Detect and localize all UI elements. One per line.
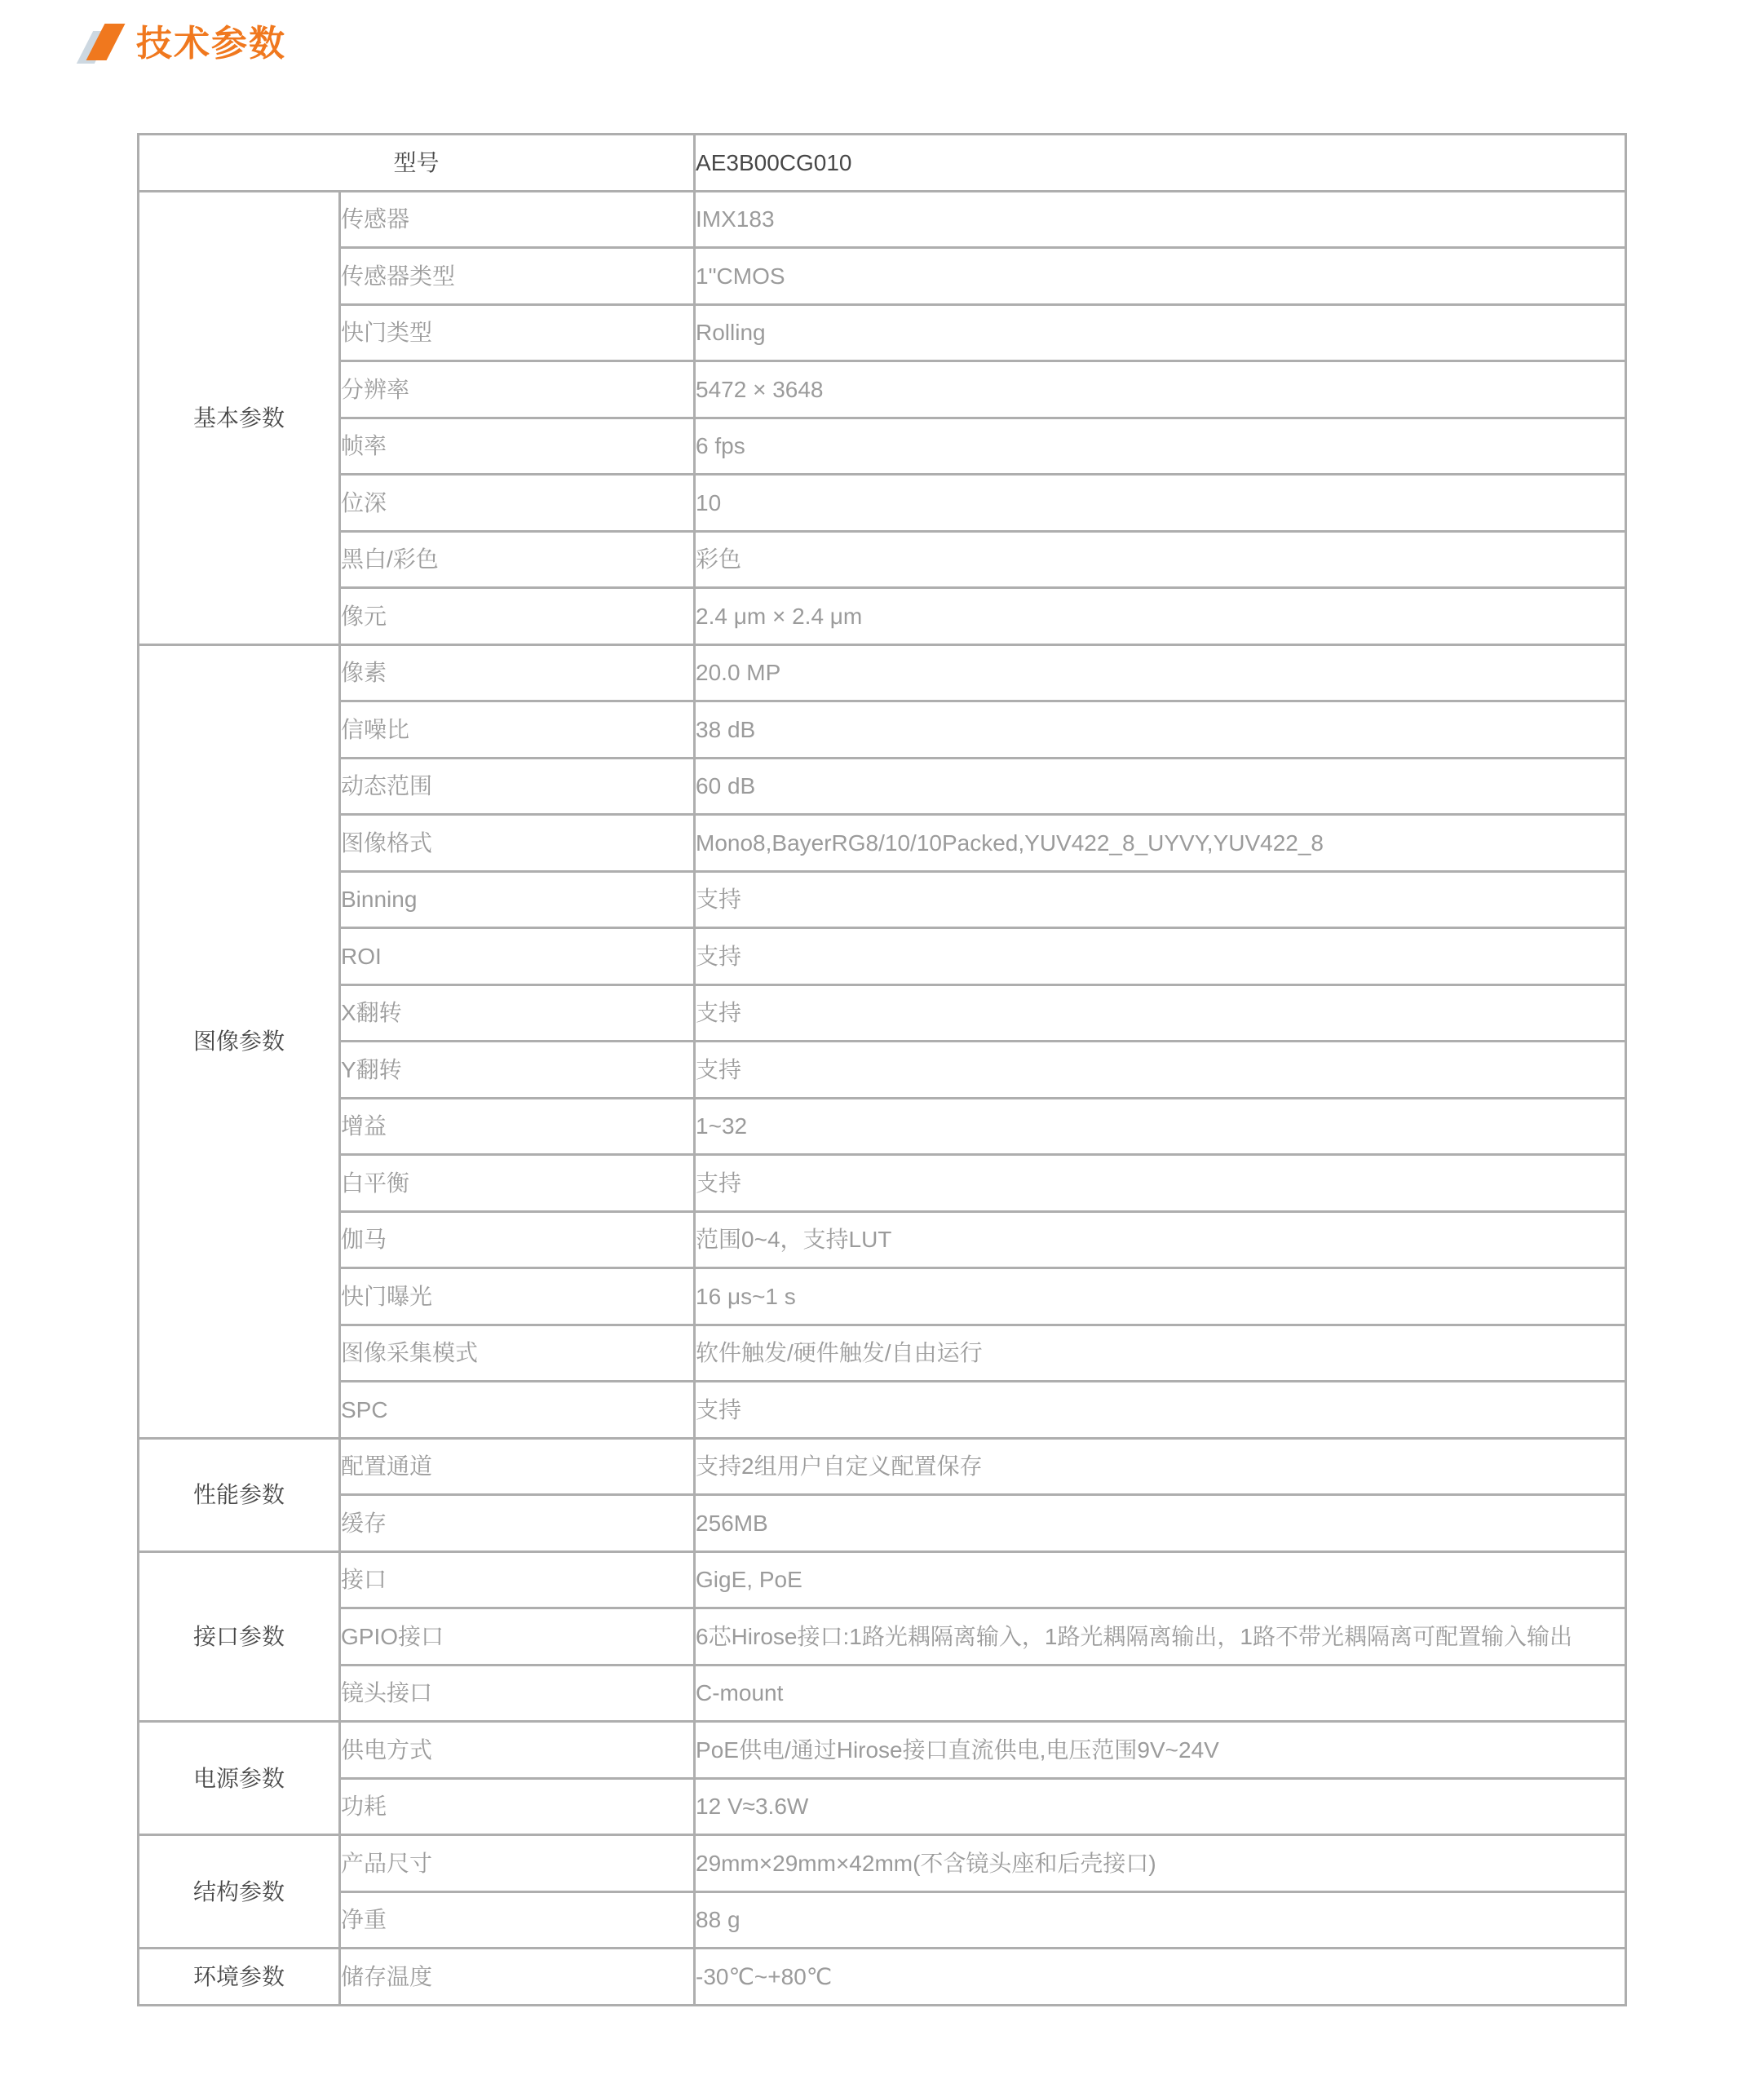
category-cell: 基本参数: [139, 191, 340, 644]
param-value-cell: 支持: [695, 1382, 1626, 1439]
param-label-cell: 分辨率: [340, 361, 695, 418]
table-row: 动态范围60 dB: [139, 758, 1626, 815]
table-row: GPIO接口6芯Hirose接口:1路光耦隔离输入，1路光耦隔离输出，1路不带光…: [139, 1608, 1626, 1666]
category-cell: 图像参数: [139, 644, 340, 1438]
param-value-cell: 20.0 MP: [695, 644, 1626, 701]
param-value-cell: 12 V≈3.6W: [695, 1778, 1626, 1835]
table-row: 图像参数像素20.0 MP: [139, 644, 1626, 701]
param-label-cell: 位深: [340, 475, 695, 532]
table-row: 净重88 g: [139, 1891, 1626, 1949]
table-row: 位深10: [139, 475, 1626, 532]
table-row: 图像格式Mono8,BayerRG8/10/10Packed,YUV422_8_…: [139, 815, 1626, 872]
table-row: 环境参数储存温度-30℃~+80℃: [139, 1949, 1626, 2006]
param-value-cell: 支持: [695, 928, 1626, 985]
param-label-cell: 净重: [340, 1891, 695, 1949]
table-row: X翻转支持: [139, 984, 1626, 1042]
param-value-cell: 彩色: [695, 531, 1626, 588]
table-row: 性能参数配置通道支持2组用户自定义配置保存: [139, 1438, 1626, 1495]
param-value-cell: Mono8,BayerRG8/10/10Packed,YUV422_8_UYVY…: [695, 815, 1626, 872]
param-label-cell: 白平衡: [340, 1155, 695, 1212]
param-value-cell: 范围0~4，支持LUT: [695, 1211, 1626, 1268]
table-row: 帧率6 fps: [139, 418, 1626, 475]
param-value-cell: 1~32: [695, 1098, 1626, 1155]
param-label-cell: 黑白/彩色: [340, 531, 695, 588]
category-cell: 环境参数: [139, 1949, 340, 2006]
param-value-cell: 1"CMOS: [695, 248, 1626, 305]
param-label-cell: 图像格式: [340, 815, 695, 872]
table-row: 增益1~32: [139, 1098, 1626, 1155]
param-value-cell: 16 μs~1 s: [695, 1268, 1626, 1325]
param-label-cell: 供电方式: [340, 1722, 695, 1779]
spec-table-body: 型号AE3B00CG010基本参数传感器IMX183传感器类型1"CMOS快门类…: [139, 135, 1626, 2006]
param-label-cell: 功耗: [340, 1778, 695, 1835]
param-label-cell: 图像采集模式: [340, 1325, 695, 1382]
table-row: 黑白/彩色彩色: [139, 531, 1626, 588]
category-cell: 结构参数: [139, 1835, 340, 1949]
param-value-cell: 29mm×29mm×42mm(不含镜头座和后壳接口): [695, 1835, 1626, 1892]
table-row: 白平衡支持: [139, 1155, 1626, 1212]
param-label-cell: 镜头接口: [340, 1665, 695, 1722]
table-row: 基本参数传感器IMX183: [139, 191, 1626, 248]
table-row: 功耗12 V≈3.6W: [139, 1778, 1626, 1835]
param-label-cell: 产品尺寸: [340, 1835, 695, 1892]
param-label-cell: 伽马: [340, 1211, 695, 1268]
param-label-cell: X翻转: [340, 984, 695, 1042]
param-value-cell: 6芯Hirose接口:1路光耦隔离输入，1路光耦隔离输出，1路不带光耦隔离可配置…: [695, 1608, 1626, 1666]
param-label-cell: GPIO接口: [340, 1608, 695, 1666]
table-row: 电源参数供电方式PoE供电/通过Hirose接口直流供电,电压范围9V~24V: [139, 1722, 1626, 1779]
param-label-cell: Y翻转: [340, 1042, 695, 1099]
table-row: SPC支持: [139, 1382, 1626, 1439]
table-row: 信噪比38 dB: [139, 701, 1626, 759]
page-title: 技术参数: [136, 21, 286, 67]
table-row: Binning支持: [139, 871, 1626, 928]
param-value-cell: C-mount: [695, 1665, 1626, 1722]
param-label-cell: Binning: [340, 871, 695, 928]
category-cell: 性能参数: [139, 1438, 340, 1551]
param-label-cell: 动态范围: [340, 758, 695, 815]
param-value-cell: 88 g: [695, 1891, 1626, 1949]
spec-table: 型号AE3B00CG010基本参数传感器IMX183传感器类型1"CMOS快门类…: [137, 133, 1627, 2006]
table-row: 分辨率5472 × 3648: [139, 361, 1626, 418]
table-row: 像元2.4 μm × 2.4 μm: [139, 588, 1626, 645]
table-row: Y翻转支持: [139, 1042, 1626, 1099]
param-label-cell: 传感器: [340, 191, 695, 248]
param-value-cell: 6 fps: [695, 418, 1626, 475]
param-value-cell: 支持2组用户自定义配置保存: [695, 1438, 1626, 1495]
param-label-cell: 配置通道: [340, 1438, 695, 1495]
param-label-cell: SPC: [340, 1382, 695, 1439]
slash-icon: [84, 21, 123, 67]
model-value-cell: AE3B00CG010: [695, 135, 1626, 192]
param-value-cell: 2.4 μm × 2.4 μm: [695, 588, 1626, 645]
param-label-cell: 增益: [340, 1098, 695, 1155]
table-row: 快门曝光16 μs~1 s: [139, 1268, 1626, 1325]
table-row: 传感器类型1"CMOS: [139, 248, 1626, 305]
category-cell: 电源参数: [139, 1722, 340, 1835]
param-value-cell: 支持: [695, 1042, 1626, 1099]
param-value-cell: 38 dB: [695, 701, 1626, 759]
category-cell: 接口参数: [139, 1551, 340, 1722]
table-row: 伽马范围0~4，支持LUT: [139, 1211, 1626, 1268]
param-label-cell: 像元: [340, 588, 695, 645]
table-row: 快门类型Rolling: [139, 304, 1626, 361]
param-value-cell: 软件触发/硬件触发/自由运行: [695, 1325, 1626, 1382]
table-row: 镜头接口C-mount: [139, 1665, 1626, 1722]
page-header: 技术参数: [84, 21, 286, 67]
param-value-cell: PoE供电/通过Hirose接口直流供电,电压范围9V~24V: [695, 1722, 1626, 1779]
model-label-cell: 型号: [139, 135, 695, 192]
table-row: 接口参数接口GigE, PoE: [139, 1551, 1626, 1608]
param-value-cell: 支持: [695, 871, 1626, 928]
param-value-cell: 支持: [695, 1155, 1626, 1212]
param-value-cell: IMX183: [695, 191, 1626, 248]
param-label-cell: 缓存: [340, 1495, 695, 1552]
param-value-cell: 60 dB: [695, 758, 1626, 815]
param-value-cell: Rolling: [695, 304, 1626, 361]
table-row: ROI支持: [139, 928, 1626, 985]
param-label-cell: 传感器类型: [340, 248, 695, 305]
param-label-cell: 帧率: [340, 418, 695, 475]
param-label-cell: 快门曝光: [340, 1268, 695, 1325]
param-value-cell: 5472 × 3648: [695, 361, 1626, 418]
param-value-cell: 256MB: [695, 1495, 1626, 1552]
param-label-cell: 像素: [340, 644, 695, 701]
param-label-cell: ROI: [340, 928, 695, 985]
param-value-cell: 10: [695, 475, 1626, 532]
param-label-cell: 信噪比: [340, 701, 695, 759]
table-row: 结构参数产品尺寸29mm×29mm×42mm(不含镜头座和后壳接口): [139, 1835, 1626, 1892]
model-row: 型号AE3B00CG010: [139, 135, 1626, 192]
param-label-cell: 接口: [340, 1551, 695, 1608]
param-value-cell: GigE, PoE: [695, 1551, 1626, 1608]
table-row: 图像采集模式软件触发/硬件触发/自由运行: [139, 1325, 1626, 1382]
param-label-cell: 储存温度: [340, 1949, 695, 2006]
param-label-cell: 快门类型: [340, 304, 695, 361]
param-value-cell: -30℃~+80℃: [695, 1949, 1626, 2006]
param-value-cell: 支持: [695, 984, 1626, 1042]
table-row: 缓存256MB: [139, 1495, 1626, 1552]
